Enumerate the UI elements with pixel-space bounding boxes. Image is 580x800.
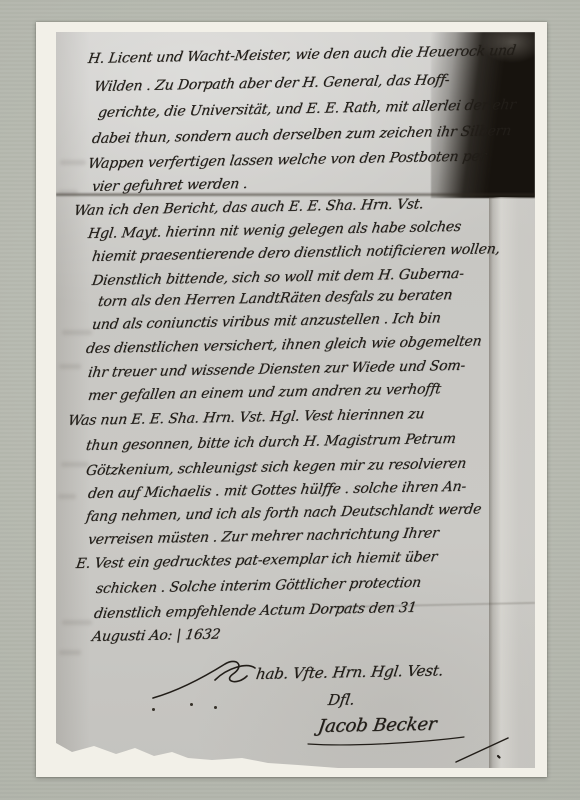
manuscript-line: schicken . Solche interim Göttlicher pro… xyxy=(95,576,422,596)
signature-line-abbrev: Dfl. xyxy=(327,692,356,708)
paraph-slash-flourish xyxy=(452,734,516,764)
manuscript-line: fang nehmen, und ich als forth nach Deut… xyxy=(85,502,482,524)
damage-tear-patch xyxy=(36,737,338,769)
manuscript-line: Wappen verfertigen lassen welche von den… xyxy=(87,149,487,171)
manuscript-line: Was nun E. E. Sha. Hrn. Vst. Hgl. Vest h… xyxy=(67,407,425,428)
right-fold-band xyxy=(489,197,535,768)
signature-line-honorific: hab. Vfte. Hrn. Hgl. Vest. xyxy=(255,663,444,682)
manuscript-line: Götzkenium, schleunigst sich kegen mir z… xyxy=(85,457,467,478)
manuscript-line: Hgl. Mayt. hierinn nit wenig gelegen als… xyxy=(87,220,462,241)
manuscript-line: Wan ich den Bericht, das auch E. E. Sha.… xyxy=(73,197,424,218)
bleedthrough-mark xyxy=(58,190,78,195)
manuscript-line: des dienstlichen versichert, ihnen gleic… xyxy=(85,334,482,356)
bleedthrough-mark xyxy=(62,330,92,335)
manuscript-line: mer gefallen an einem und zum andren zu … xyxy=(87,382,442,403)
bleedthrough-mark xyxy=(60,160,86,165)
manuscript-line: Dienstlich bittende, sich so woll mit de… xyxy=(91,267,465,288)
manuscript-line: hiemit praesentierende dero dienstlich n… xyxy=(91,242,501,264)
bleedthrough-mark xyxy=(61,462,89,467)
manuscript-line: und als coniunctis viribus mit anzustell… xyxy=(91,311,442,332)
manuscript-line: E. Vest ein gedrucktes pat-exemplar ich … xyxy=(75,550,438,571)
ink-speck xyxy=(190,703,193,706)
manuscript-line: vier gefuhret werden . xyxy=(91,177,248,194)
signature-name: Jacob Becker xyxy=(317,716,438,736)
manuscript-line: dienstlich empfehlende Actum Dorpats den… xyxy=(93,601,417,621)
bleedthrough-mark xyxy=(59,364,81,369)
manuscript-line: torn als den Herren LandtRäten desfals z… xyxy=(97,288,453,309)
manuscript-line: ihr treuer und wissende Diensten zur Wie… xyxy=(87,359,466,380)
manuscript-line: Wilden . Zu Dorpath aber der H. General,… xyxy=(93,73,450,94)
bleedthrough-mark xyxy=(62,620,92,625)
ink-speck xyxy=(152,708,155,711)
ink-speck xyxy=(214,706,217,709)
manuscript-line: thun gesonnen, bitte ich durch H. Magist… xyxy=(85,432,457,453)
manuscript-page: H. Licent und Wacht-Meister, wie den auc… xyxy=(56,32,535,768)
manuscript-line: Augusti Ao: | 1632 xyxy=(91,628,221,644)
photograph-print: H. Licent und Wacht-Meister, wie den auc… xyxy=(36,22,547,777)
signature-flourish xyxy=(151,654,261,700)
bleedthrough-mark xyxy=(58,494,76,499)
manuscript-line: verreisen müsten . Zur mehrer nachrichtu… xyxy=(87,526,440,547)
manuscript-line: den auf Michaelis . mit Gottes hülffe . … xyxy=(87,480,467,501)
bleedthrough-mark xyxy=(59,650,81,655)
matted-photograph-scan: { "palette": { "mat_background": "#b9bcb… xyxy=(0,0,580,800)
